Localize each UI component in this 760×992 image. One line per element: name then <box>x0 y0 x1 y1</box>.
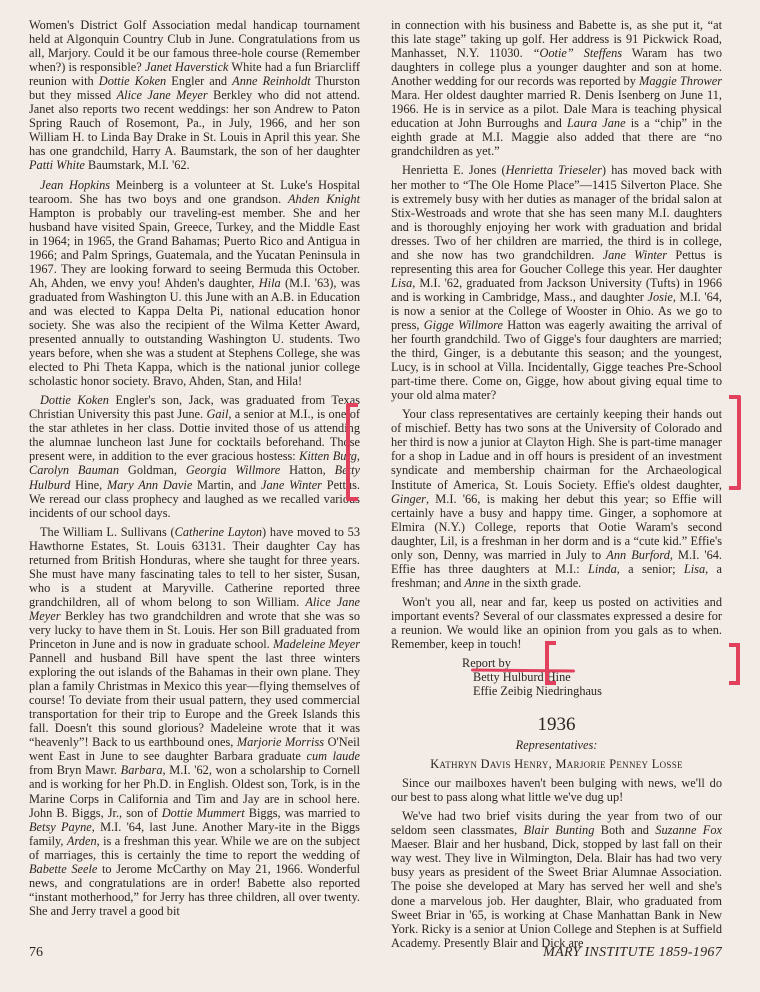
italic-name: Hila <box>259 276 281 290</box>
italic-name: Lisa <box>684 562 705 576</box>
italic-name: Mary Ann Davie <box>107 478 192 492</box>
left-column: Women's District Golf Association medal … <box>29 18 360 923</box>
document-page: Women's District Golf Association medal … <box>0 0 760 992</box>
italic-name: Marjorie Morriss <box>237 735 324 749</box>
italic-name: Georgia Willmore <box>186 463 280 477</box>
italic-name: cum laude <box>306 749 360 763</box>
italic-name: Jane Winter <box>261 478 322 492</box>
paragraph-brief-visits: We've had two brief visits during the ye… <box>391 809 722 949</box>
running-footer-title: MARY INSTITUTE 1859-1967 <box>543 945 722 961</box>
italic-name: Suzanne Fox <box>655 823 722 837</box>
page-number: 76 <box>29 945 43 961</box>
reporter-name: Effie Zeibig Niedringhaus <box>473 684 722 698</box>
italic-name: Jean Hopkins <box>40 178 110 192</box>
italic-name: Janet Haverstick <box>145 60 228 74</box>
red-bracket-right-mark <box>729 395 741 490</box>
italic-name: Ginger <box>391 492 426 506</box>
italic-name: Dottie Mummert <box>162 806 245 820</box>
italic-name: Ann Burford <box>606 548 670 562</box>
italic-name: Catherine Layton <box>175 525 262 539</box>
paragraph-class-representatives: Your class representatives are certainly… <box>391 407 722 590</box>
italic-name: Jane Winter <box>603 248 667 262</box>
italic-name: Anne Reinholdt <box>232 74 310 88</box>
red-bracket-right-signature-mark <box>729 643 740 685</box>
italic-name: Arden <box>67 834 97 848</box>
italic-name: Anne <box>464 576 489 590</box>
italic-name: Josie <box>648 290 673 304</box>
italic-name: Linda <box>588 562 617 576</box>
italic-name: Laura Jane <box>567 116 626 130</box>
red-bracket-left-mark <box>346 403 358 501</box>
italic-name: Betsy Payne <box>29 820 92 834</box>
italic-name: Lisa <box>391 276 412 290</box>
paragraph-hopkins-knight: Jean Hopkins Meinberg is a volunteer at … <box>29 178 360 389</box>
paragraph-golf-reunion: Women's District Golf Association medal … <box>29 18 360 173</box>
italic-name: “Ootie” Steffens <box>533 46 623 60</box>
italic-name: Alice Jane Meyer <box>117 88 208 102</box>
italic-name: Alice Jane Meyer <box>29 595 360 623</box>
representatives-names: Kathryn Davis Henry, Marjorie Penney Los… <box>391 757 722 771</box>
paragraph-babette-waram: in connection with his business and Babe… <box>391 18 722 158</box>
right-column: in connection with his business and Babe… <box>391 18 722 955</box>
paragraph-keep-in-touch: Won't you all, near and far, keep us pos… <box>391 595 722 651</box>
italic-name: Gigge Willmore <box>424 318 503 332</box>
italic-name: Dottie Koken <box>40 393 109 407</box>
paragraph-koken-luncheon: Dottie Koken Engler's son, Jack, was gra… <box>29 393 360 519</box>
paragraph-sullivans: The William L. Sullivans (Catherine Layt… <box>29 525 360 918</box>
report-signature: Report by Betty Hulburd Hine Effie Zeibi… <box>391 656 722 698</box>
class-year-heading: 1936 <box>391 714 722 736</box>
representatives-label: Representatives: <box>391 738 722 752</box>
italic-name: Babette Seele <box>29 862 97 876</box>
italic-name: Dottie Koken <box>99 74 166 88</box>
italic-name: Barbara <box>121 763 163 777</box>
reporter-name: Betty Hulburd Hine <box>473 670 722 684</box>
italic-name: Blair Bunting <box>524 823 595 837</box>
paragraph-mailboxes: Since our mailboxes haven't been bulging… <box>391 776 722 804</box>
italic-name: Madeleine Meyer <box>273 637 360 651</box>
italic-name: Henrietta Trieseler <box>506 163 602 177</box>
italic-name: Gail <box>206 407 228 421</box>
italic-name: Maggie Thrower <box>639 74 722 88</box>
red-bracket-left-signature-mark <box>545 641 556 685</box>
italic-name: Ahden Knight <box>288 192 360 206</box>
paragraph-henrietta-jones: Henrietta E. Jones (Henrietta Trieseler)… <box>391 163 722 402</box>
italic-name: Patti White <box>29 158 85 172</box>
